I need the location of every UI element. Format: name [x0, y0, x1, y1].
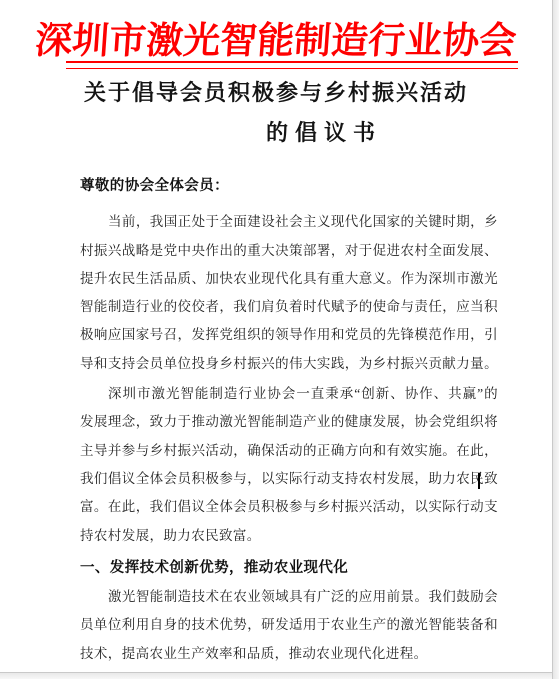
document-body[interactable]: 尊敬的协会全体会员：当前，我国正处于全面建设社会主义现代化国家的关键时期，乡村振…: [80, 172, 498, 668]
document-viewer: 深圳市激光智能制造行业协会 关于倡导会员积极参与乡村振兴活动 的倡议书 尊敬的协…: [0, 0, 559, 679]
text-line[interactable]: 提升农民生活品质、加快农业现代化具有重大意义。作为深圳市激光: [80, 265, 498, 293]
paragraph-heading: 一、发挥技术创新优势，推动农业现代化: [80, 554, 498, 582]
page-edge-bottom: [0, 672, 552, 679]
paragraph-salutation: 尊敬的协会全体会员：: [80, 172, 498, 200]
text-caret: [478, 473, 480, 489]
text-line[interactable]: 当前，我国正处于全面建设社会主义现代化国家的关键时期，乡: [80, 208, 498, 236]
text-line[interactable]: 发展理念，致力于推动激光智能制造产业的健康发展，协会党组织将: [80, 408, 498, 436]
text-line[interactable]: 深圳市激光智能制造行业协会一直秉承“创新、协作、共赢”的: [80, 380, 498, 408]
text-line[interactable]: 持农村发展，助力农民致富。: [80, 522, 498, 550]
paragraph-body: 激光智能制造技术在农业领域具有广泛的应用前景。我们鼓励会员单位利用自身的技术优势…: [80, 583, 498, 668]
text-line[interactable]: 尊敬的协会全体会员：: [80, 172, 498, 200]
text-line[interactable]: 员单位利用自身的技术优势，研发适用于农业生产的激光智能装备和: [80, 611, 498, 639]
text-line[interactable]: 一、发挥技术创新优势，推动农业现代化: [80, 554, 498, 582]
text-line[interactable]: 我们倡议全体会员积极参与，以实际行动支持农村发展，助力农民致: [80, 465, 498, 493]
text-line[interactable]: 技术，提高农业生产效率和品质，推动农业现代化进程。: [80, 640, 498, 668]
text-line[interactable]: 主导并参与乡村振兴活动，确保活动的正确方向和有效实施。在此，: [80, 437, 498, 465]
text-line[interactable]: 富。在此，我们倡议全体会员积极参与乡村振兴活动，以实际行动支: [80, 493, 498, 521]
document-title-line2: 的倡议书: [48, 116, 559, 147]
text-line[interactable]: 激光智能制造技术在农业领域具有广泛的应用前景。我们鼓励会: [80, 583, 498, 611]
paragraph-body: 当前，我国正处于全面建设社会主义现代化国家的关键时期，乡村振兴战略是党中央作出的…: [80, 208, 498, 378]
text-line[interactable]: 导和支持会员单位投身乡村振兴的伟大实践，为乡村振兴贡献力量。: [80, 350, 498, 378]
text-line[interactable]: 极响应国家号召，发挥党组织的领导作用和党员的先锋模范作用，引: [80, 321, 498, 349]
letterhead-double-rule: [66, 61, 518, 69]
paragraph-body: 深圳市激光智能制造行业协会一直秉承“创新、协作、共赢”的发展理念，致力于推动激光…: [80, 380, 498, 550]
document-title-line1: 关于倡导会员积极参与乡村振兴活动: [0, 76, 552, 107]
letterhead-org-name: 深圳市激光智能制造行业协会: [0, 10, 554, 64]
text-line[interactable]: 村振兴战略是党中央作出的重大决策部署，对于促进农村全面发展、: [80, 237, 498, 265]
text-line[interactable]: 智能制造行业的佼佼者，我们肩负着时代赋予的使命与责任，应当积: [80, 293, 498, 321]
page-edge-right: [552, 0, 559, 679]
